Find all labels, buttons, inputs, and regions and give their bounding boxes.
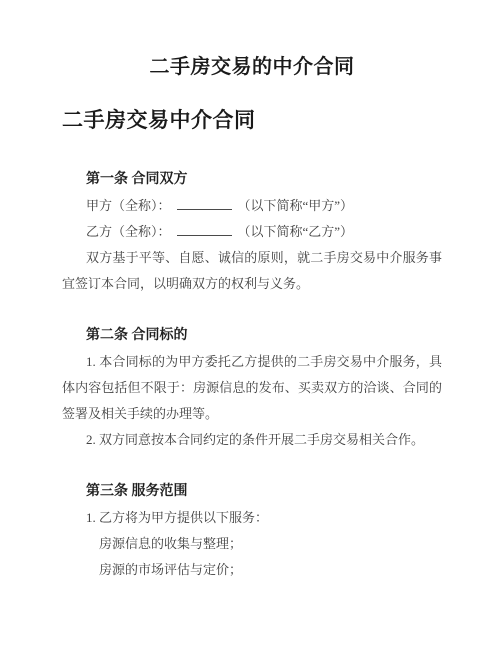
article-1-heading: 第一条 合同双方 [62,167,442,193]
article-2-heading: 第二条 合同标的 [62,323,442,349]
party-a-blank-field [177,195,232,210]
party-b-suffix: （以下简称“乙方”） [238,224,354,239]
article-section-1: 第一条 合同双方 甲方（全称）：（以下简称“甲方”） 乙方（全称）：（以下简称“… [62,167,442,297]
party-a-label: 甲方（全称）： [86,198,171,213]
article-3-heading: 第三条 服务范围 [62,479,442,505]
party-a-line: 甲方（全称）：（以下简称“甲方”） [62,193,442,219]
article-1-paragraph: 双方基于平等、自愿、诚信的原则，就二手房交易中介服务事宜签订本合同，以明确双方的… [62,245,442,297]
party-a-suffix: （以下简称“甲方”） [238,198,354,213]
service-list-item-1: 房源信息的收集与整理； [99,531,442,557]
article-2-paragraph-2: 2. 双方同意按本合同约定的条件开展二手房交易相关合作。 [62,427,442,453]
document-subtitle: 二手房交易中介合同 [62,104,442,138]
article-section-3: 第三条 服务范围 1. 乙方将为甲方提供以下服务： 房源信息的收集与整理； 房源… [62,479,442,583]
party-b-line: 乙方（全称）：（以下简称“乙方”） [62,219,442,245]
party-b-blank-field [177,221,232,236]
service-list-item-2: 房源的市场评估与定价； [99,557,442,583]
article-3-paragraph-1: 1. 乙方将为甲方提供以下服务： [62,505,442,531]
article-section-2: 第二条 合同标的 1. 本合同标的为甲方委托乙方提供的二手房交易中介服务，具体内… [62,323,442,453]
document-title: 二手房交易的中介合同 [62,52,442,82]
party-b-label: 乙方（全称）： [86,224,171,239]
article-2-paragraph-1: 1. 本合同标的为甲方委托乙方提供的二手房交易中介服务，具体内容包括但不限于：房… [62,349,442,427]
contract-document-page: 二手房交易的中介合同 二手房交易中介合同 第一条 合同双方 甲方（全称）：（以下… [0,0,500,647]
